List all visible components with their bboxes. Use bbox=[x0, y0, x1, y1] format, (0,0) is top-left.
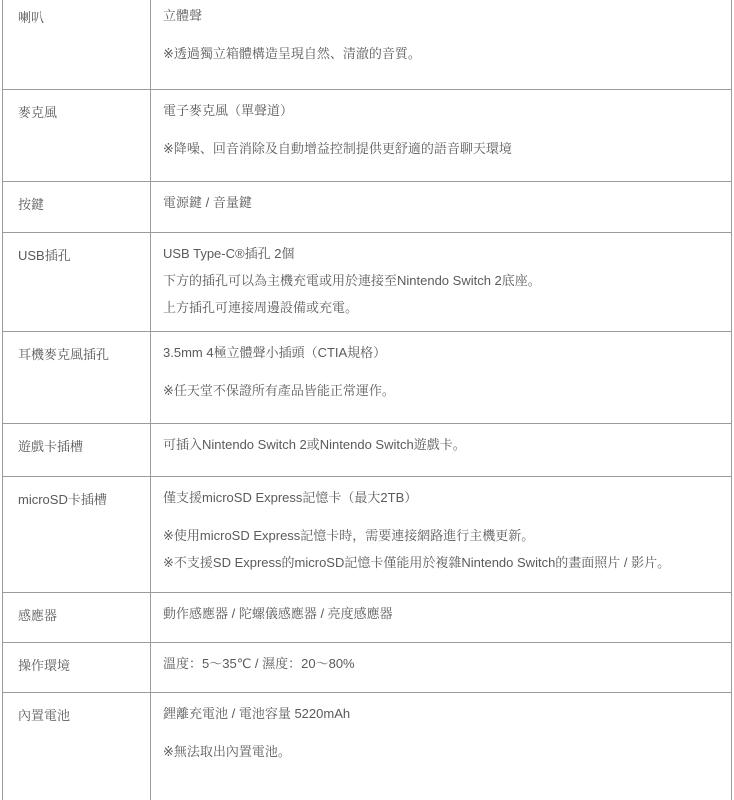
spec-row-7: 感應器動作感應器 / 陀螺儀感應器 / 亮度感應器 bbox=[3, 593, 731, 643]
spec-label: 操作環境 bbox=[3, 643, 151, 692]
spec-value: USB Type-C®插孔 2個下方的插孔可以為主機充電或用於連接至Ninten… bbox=[151, 233, 731, 331]
spec-line: 動作感應器 / 陀螺儀感應器 / 亮度感應器 bbox=[163, 605, 719, 622]
spec-row-3: USB插孔USB Type-C®插孔 2個下方的插孔可以為主機充電或用於連接至N… bbox=[3, 233, 731, 332]
spec-row-9: 內置電池鋰離充電池 / 電池容量 5220mAh※無法取出內置電池。 bbox=[3, 693, 731, 800]
spec-table: 喇叭立體聲※透過獨立箱體構造呈現自然、清澈的音質。麥克風電子麥克風（單聲道）※降… bbox=[2, 0, 732, 800]
spec-label: 按鍵 bbox=[3, 182, 151, 232]
spec-label: 遊戲卡插槽 bbox=[3, 424, 151, 476]
spec-value: 動作感應器 / 陀螺儀感應器 / 亮度感應器 bbox=[151, 593, 731, 642]
spec-label: 耳機麥克風插孔 bbox=[3, 332, 151, 423]
spec-note: ※降噪、回音消除及自動增益控制提供更舒適的語音聊天環境 bbox=[163, 140, 719, 157]
spec-line: 鋰離充電池 / 電池容量 5220mAh bbox=[163, 705, 719, 722]
spec-label: 感應器 bbox=[3, 593, 151, 642]
spec-line: 上方插孔可連接周邊設備或充電。 bbox=[163, 299, 719, 316]
spec-note: ※任天堂不保證所有產品皆能正常運作。 bbox=[163, 382, 719, 399]
spec-value: 鋰離充電池 / 電池容量 5220mAh※無法取出內置電池。 bbox=[151, 693, 731, 800]
spec-label: 麥克風 bbox=[3, 90, 151, 181]
spec-row-1: 麥克風電子麥克風（單聲道）※降噪、回音消除及自動增益控制提供更舒適的語音聊天環境 bbox=[3, 90, 731, 182]
spec-label: microSD卡插槽 bbox=[3, 477, 151, 592]
spec-note: ※透過獨立箱體構造呈現自然、清澈的音質。 bbox=[163, 45, 719, 62]
spec-line: 3.5mm 4極立體聲小插頭（CTIA規格） bbox=[163, 344, 719, 361]
spec-note: ※無法取出內置電池。 bbox=[163, 743, 719, 760]
spec-value: 電源鍵 / 音量鍵 bbox=[151, 182, 731, 232]
spec-value: 可插入Nintendo Switch 2或Nintendo Switch遊戲卡。 bbox=[151, 424, 731, 476]
spec-value: 電子麥克風（單聲道）※降噪、回音消除及自動增益控制提供更舒適的語音聊天環境 bbox=[151, 90, 731, 181]
spec-row-8: 操作環境溫度：5～35℃ / 濕度：20～80% bbox=[3, 643, 731, 693]
spec-note: ※使用microSD Express記憶卡時，需要連接網路進行主機更新。 bbox=[163, 527, 719, 544]
spec-label: USB插孔 bbox=[3, 233, 151, 331]
spec-label: 喇叭 bbox=[3, 0, 151, 89]
spec-row-2: 按鍵電源鍵 / 音量鍵 bbox=[3, 182, 731, 233]
spec-row-0: 喇叭立體聲※透過獨立箱體構造呈現自然、清澈的音質。 bbox=[3, 0, 731, 90]
spec-value: 3.5mm 4極立體聲小插頭（CTIA規格）※任天堂不保證所有產品皆能正常運作。 bbox=[151, 332, 731, 423]
spec-line: 電子麥克風（單聲道） bbox=[163, 102, 719, 119]
spec-row-6: microSD卡插槽僅支援microSD Express記憶卡（最大2TB）※使… bbox=[3, 477, 731, 593]
spec-line: 電源鍵 / 音量鍵 bbox=[163, 194, 719, 211]
spec-line: USB Type-C®插孔 2個 bbox=[163, 245, 719, 262]
spec-label: 內置電池 bbox=[3, 693, 151, 800]
spec-line: 溫度：5～35℃ / 濕度：20～80% bbox=[163, 655, 719, 672]
spec-note: ※不支援SD Express的microSD記憶卡僅能用於複雜Nintendo … bbox=[163, 554, 719, 571]
spec-value: 僅支援microSD Express記憶卡（最大2TB）※使用microSD E… bbox=[151, 477, 731, 592]
spec-value: 立體聲※透過獨立箱體構造呈現自然、清澈的音質。 bbox=[151, 0, 731, 89]
spec-line: 立體聲 bbox=[163, 7, 719, 24]
spec-value: 溫度：5～35℃ / 濕度：20～80% bbox=[151, 643, 731, 692]
spec-line: 僅支援microSD Express記憶卡（最大2TB） bbox=[163, 489, 719, 506]
spec-line: 下方的插孔可以為主機充電或用於連接至Nintendo Switch 2底座。 bbox=[163, 272, 719, 289]
spec-row-5: 遊戲卡插槽可插入Nintendo Switch 2或Nintendo Switc… bbox=[3, 424, 731, 477]
spec-line: 可插入Nintendo Switch 2或Nintendo Switch遊戲卡。 bbox=[163, 436, 719, 453]
spec-row-4: 耳機麥克風插孔3.5mm 4極立體聲小插頭（CTIA規格）※任天堂不保證所有產品… bbox=[3, 332, 731, 424]
